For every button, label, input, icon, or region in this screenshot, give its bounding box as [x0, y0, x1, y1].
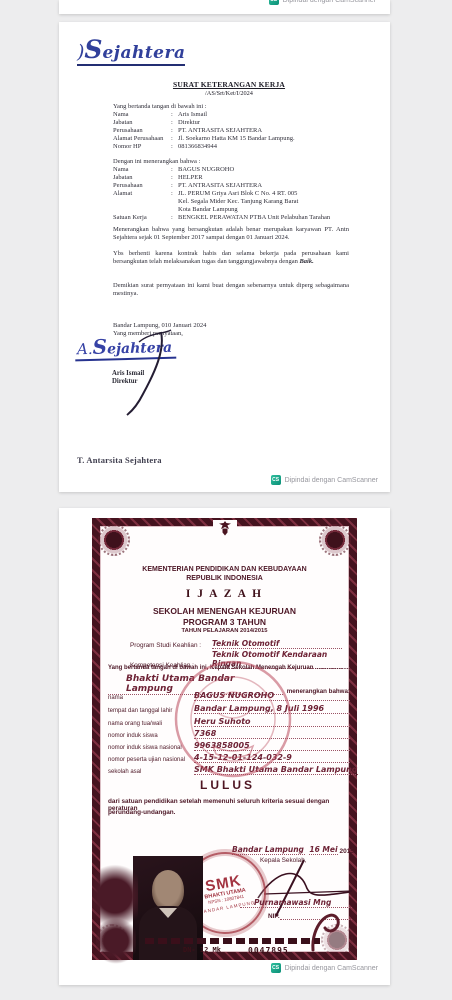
- camscanner-label: Dipindai dengan CamScanner: [285, 477, 378, 484]
- school-year: TAHUN PELAJARAN 2014/2015: [100, 628, 349, 634]
- intro-line1: Yang bertanda tangan di bawah ini, Kepal…: [108, 665, 354, 671]
- closing-paragraph-line2: perundang-undangan.: [108, 809, 175, 816]
- ministry-line1: KEMENTERIAN PENDIDIKAN DAN KEBUDAYAAN: [100, 566, 349, 575]
- border-ink-blotch: [96, 918, 136, 964]
- row-colon: :: [171, 190, 178, 198]
- row-colon: [171, 206, 178, 214]
- employee-intro: Dengan ini menerangkan bahwa :: [113, 158, 349, 166]
- employee-row: Alamat:JL. PERUM Griya Asri Blok C No. 4…: [113, 190, 349, 198]
- row-colon: :: [171, 143, 178, 151]
- ministry-line2: REPUBLIK INDONESIA: [100, 575, 349, 584]
- field-value: Bandar Lampung, 8 Juli 1996: [194, 704, 350, 714]
- garuda-emblem-icon: [213, 520, 237, 543]
- logo-initial: S: [84, 35, 102, 64]
- field-label: tempat dan tanggal lahir: [108, 708, 194, 714]
- program-studi-value: Teknik Otomotif: [212, 639, 342, 649]
- field-value: BAGUS NUGROHO: [194, 691, 350, 701]
- row-colon: :: [171, 166, 178, 174]
- field-row: nomor induk siswa nasional9963858005: [108, 739, 350, 751]
- row-value: 081366834944: [178, 143, 349, 151]
- serial-decorative-band: [145, 938, 320, 944]
- signer-row: Nomor HP:081366834944: [113, 143, 349, 151]
- employee-row: Nama:BAGUS NUGROHO: [113, 166, 349, 174]
- row-label: Perusahaan: [113, 127, 171, 135]
- row-colon: :: [171, 111, 178, 119]
- field-row: tempat dan tanggal lahirBandar Lampung, …: [108, 702, 350, 714]
- date-year: 2015: [340, 848, 354, 855]
- field-value: 7368: [194, 729, 350, 739]
- diploma-certificate: KEMENTERIAN PENDIDIKAN DAN KEBUDAYAAN RE…: [92, 518, 357, 960]
- field-value: 4-15-12-01-124-032-9: [194, 753, 350, 763]
- employee-row: Perusahaan:PT. ANTRASITA SEJAHTERA: [113, 182, 349, 190]
- field-value: 9963858005: [194, 741, 350, 751]
- program-studi-row: Program Studi Keahlian : Teknik Otomotif: [130, 639, 342, 649]
- signer-row: Nama:Aris Ismail: [113, 111, 349, 119]
- row-value: Direktur: [178, 119, 349, 127]
- row-label: Jabatan: [113, 174, 171, 182]
- student-photo: [133, 856, 203, 960]
- row-colon: :: [171, 214, 178, 222]
- field-label: nama: [108, 695, 194, 701]
- letter-footer-company: T. Antarsita Sejahtera: [77, 455, 162, 465]
- photo-face: [152, 870, 184, 910]
- row-value: Jl. Soekarno Hatta KM 15 Bandar Lampung.: [178, 135, 349, 143]
- logo-rest: ejahtera: [102, 43, 185, 63]
- row-label: Jabatan: [113, 119, 171, 127]
- row-colon: :: [171, 135, 178, 143]
- row-label: Alamat: [113, 190, 171, 198]
- serial-number: 0047895: [248, 946, 289, 955]
- date-handwritten: 16 Mei: [309, 845, 337, 855]
- row-colon: :: [171, 182, 178, 190]
- scanned-documents-view: { "scanner_badge": { "label": "Dipindai …: [0, 0, 452, 1000]
- serial-prefix: DN- 12 Mk: [183, 946, 221, 954]
- employee-info-block: Dengan ini menerangkan bahwa : Nama:BAGU…: [113, 158, 349, 222]
- signer-info-block: Yang bertanda tangan di bawah ini : Nama…: [113, 103, 349, 151]
- row-label: Nomor HP: [113, 143, 171, 151]
- signer-name: Aris Ismail: [112, 370, 144, 378]
- row-value: HELPER: [178, 174, 349, 182]
- diploma-title: I J A Z A H: [100, 588, 349, 600]
- row-colon: :: [171, 174, 178, 182]
- letter-ref-number: /AS/Srt/Ket/I/2024: [113, 90, 345, 97]
- signer-row: Alamat Perusahaan:Jl. Soekarno Hatta KM …: [113, 135, 349, 143]
- letter-heading: SURAT KETERANGAN KERJA /AS/Srt/Ket/I/202…: [113, 80, 345, 97]
- date-place-handwritten: Bandar Lampung: [232, 845, 305, 855]
- camscanner-badge-page2: CS Dipindai dengan CamScanner: [271, 963, 378, 973]
- company-logo: )Sejahtera: [77, 38, 185, 66]
- row-value: PT. ANTRASITA SEJAHTERA: [178, 127, 349, 135]
- letter-title: SURAT KETERANGAN KERJA: [113, 80, 345, 89]
- ministry-heading: KEMENTERIAN PENDIDIKAN DAN KEBUDAYAAN RE…: [100, 566, 349, 583]
- program-duration: PROGRAM 3 TAHUN: [100, 617, 349, 627]
- signer-title: Direktur: [112, 378, 144, 386]
- camscanner-icon: CS: [271, 963, 281, 973]
- employee-row: Kota Bandar Lampung: [113, 206, 349, 214]
- row-colon: [171, 198, 178, 206]
- row-value: BENGKEL PERAWATAN PTBA Unit Pelabuhan Ta…: [178, 214, 349, 222]
- row-label: Perusahaan: [113, 182, 171, 190]
- row-value: Kota Bandar Lampung: [178, 206, 349, 214]
- corner-ornament-icon: [98, 524, 130, 556]
- field-row: nomor induk siswa7368: [108, 727, 350, 739]
- work-certificate-page: )Sejahtera SURAT KETERANGAN KERJA /AS/Sr…: [59, 22, 390, 492]
- row-label: [113, 198, 171, 206]
- camscanner-label: Dipindai dengan CamScanner: [283, 0, 376, 4]
- previous-page-edge: CS Dipindai dengan CamScanner: [59, 0, 390, 14]
- row-value: JL. PERUM Griya Asri Blok C No. 4 RT. 00…: [178, 190, 349, 198]
- employee-row: Jabatan:HELPER: [113, 174, 349, 182]
- paragraph-employment: Menerangkan bahwa yang bersangkutan adal…: [113, 226, 349, 242]
- field-row: nomor peserta ujian nasional4-15-12-01-1…: [108, 751, 350, 763]
- camscanner-icon: CS: [271, 475, 281, 485]
- field-row: sekolah asalSMK Bhakti Utama Bandar Lamp…: [108, 763, 350, 775]
- field-row: nama orang tua/waliHeru Suhoto: [108, 715, 350, 727]
- row-label: Nama: [113, 166, 171, 174]
- row-label: Nama: [113, 111, 171, 119]
- paragraph-closing: Demikian surat pernyataan ini kami buat …: [113, 282, 349, 298]
- row-colon: :: [171, 127, 178, 135]
- camscanner-icon: CS: [269, 0, 279, 5]
- paragraph-termination: Ybs berhenti karena kontrak habis dan se…: [113, 250, 349, 266]
- signer-row: Perusahaan:PT. ANTRASITA SEJAHTERA: [113, 127, 349, 135]
- field-value: SMK Bhakti Utama Bandar Lampung: [194, 765, 358, 775]
- stamp-prefix: A.: [77, 340, 93, 358]
- field-row: namaBAGUS NUGROHO: [108, 689, 350, 701]
- row-colon: :: [171, 119, 178, 127]
- employee-row: Satuan Kerja:BENGKEL PERAWATAN PTBA Unit…: [113, 214, 349, 222]
- field-label: sekolah asal: [108, 769, 194, 775]
- signer-name-block: Aris Ismail Direktur: [112, 370, 144, 386]
- paragraph-baik: Baik.: [299, 258, 313, 265]
- nip-label: NIP.: [268, 913, 280, 920]
- corner-ornament-icon: [319, 524, 351, 556]
- camscanner-label: Dipindai dengan CamScanner: [285, 965, 378, 972]
- date-row: Bandar Lampung 16 Mei 2015: [232, 845, 354, 855]
- row-label: Satuan Kerja: [113, 214, 171, 222]
- lulus-stamp: LULUS: [200, 778, 255, 792]
- decorative-swirl-icon: [307, 904, 341, 952]
- diploma-page: KEMENTERIAN PENDIDIKAN DAN KEBUDAYAAN RE…: [59, 508, 390, 985]
- employee-row: Kel. Segala Mider Kec. Tanjung Karang Ba…: [113, 198, 349, 206]
- camscanner-badge-top: CS Dipindai dengan CamScanner: [269, 0, 376, 5]
- row-value: Kel. Segala Mider Kec. Tanjung Karang Ba…: [178, 198, 349, 206]
- row-label: [113, 206, 171, 214]
- signer-intro: Yang bertanda tangan di bawah ini :: [113, 103, 349, 111]
- program-studi-label: Program Studi Keahlian :: [130, 642, 212, 649]
- school-type: SEKOLAH MENENGAH KEJURUAN: [100, 606, 349, 616]
- row-value: BAGUS NUGROHO: [178, 166, 349, 174]
- signer-row: Jabatan:Direktur: [113, 119, 349, 127]
- row-value: PT. ANTRASITA SEJAHTERA: [178, 182, 349, 190]
- camscanner-badge-page1: CS Dipindai dengan CamScanner: [271, 475, 378, 485]
- field-value: Heru Suhoto: [194, 717, 350, 727]
- row-value: Aris Ismail: [178, 111, 349, 119]
- row-label: Alamat Perusahaan: [113, 135, 171, 143]
